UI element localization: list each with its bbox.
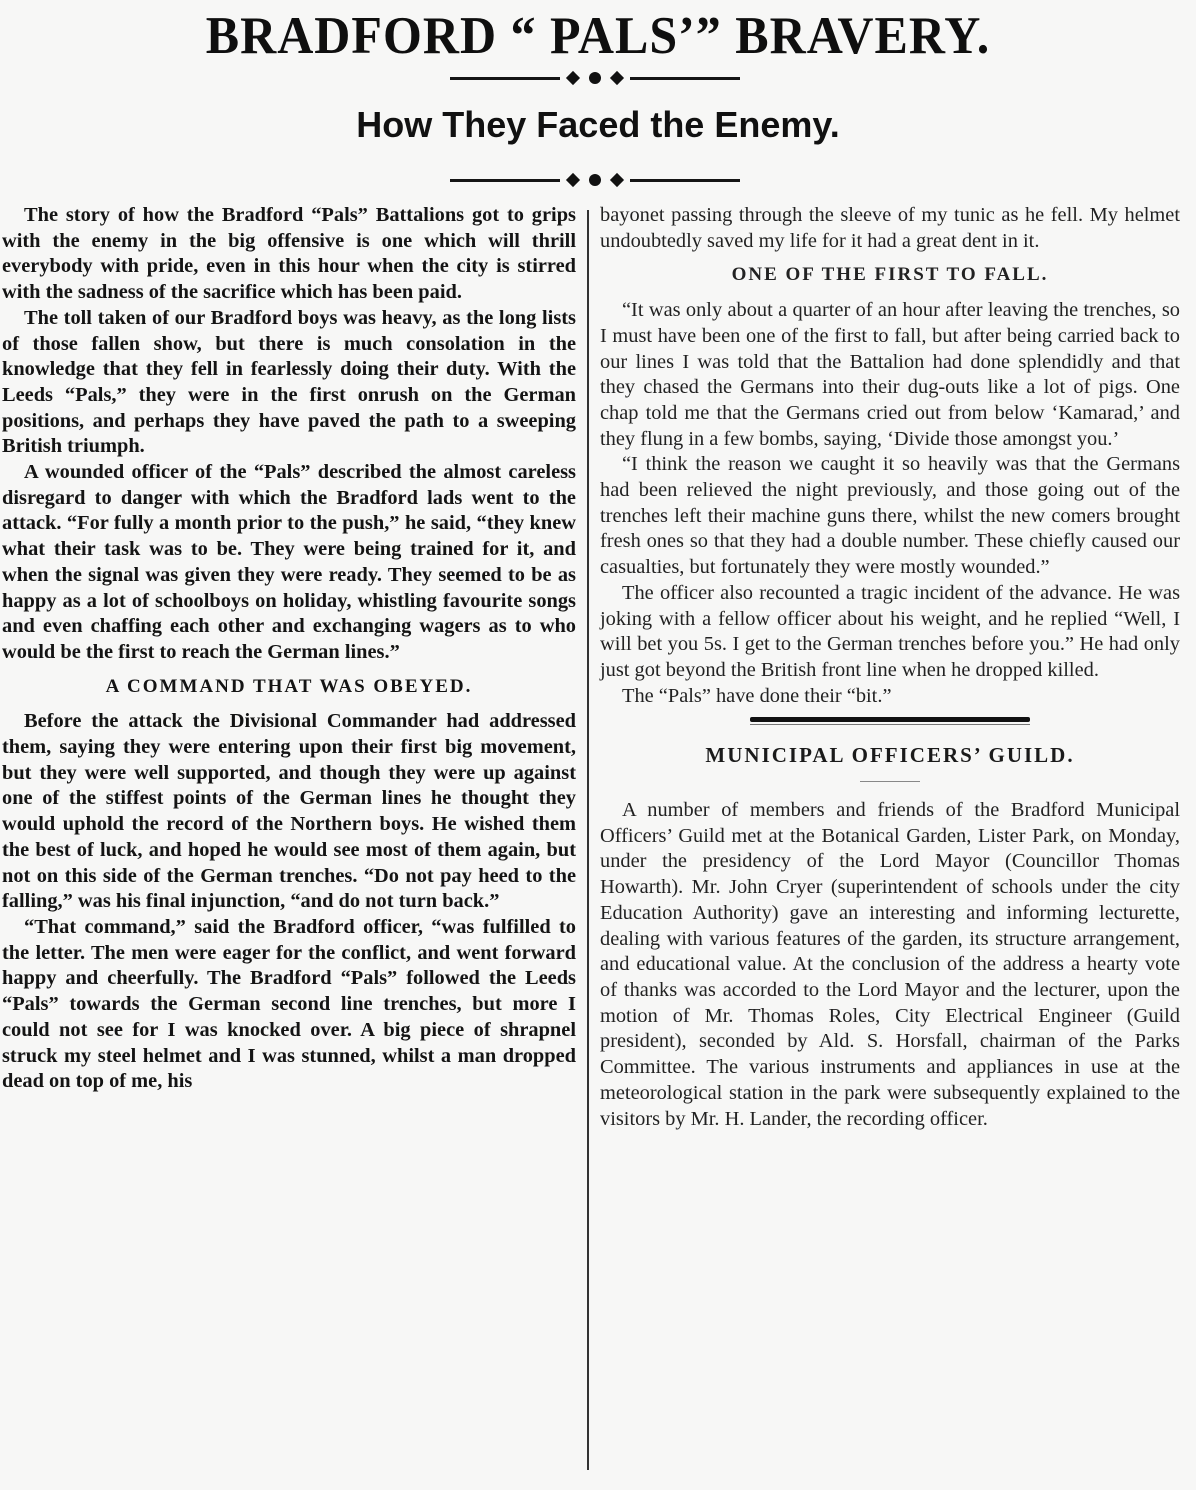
article-divider	[750, 717, 1030, 722]
dot-ornament-icon	[589, 174, 601, 186]
paragraph: “It was only about a quarter of an hour …	[600, 298, 1180, 452]
subheadline: How They Faced the Enemy.	[0, 104, 1196, 146]
rule-line	[630, 77, 740, 80]
diamond-ornament-icon	[566, 71, 580, 85]
paragraph: “I think the reason we caught it so heav…	[600, 452, 1180, 581]
paragraph: The toll taken of our Bradford boys was …	[2, 306, 576, 460]
paragraph: The “Pals” have done their “bit.”	[600, 684, 1180, 710]
ornament-rule-top	[450, 72, 740, 84]
rule-line	[630, 179, 740, 182]
column-divider	[587, 210, 589, 1470]
ornament-rule-bottom	[450, 174, 740, 186]
newspaper-clipping: BRADFORD “ PALS’” BRAVERY. How They Face…	[0, 0, 1196, 1490]
rule-line	[450, 179, 560, 182]
dot-ornament-icon	[589, 72, 601, 84]
rule-line	[450, 77, 560, 80]
left-column: The story of how the Bradford “Pals” Bat…	[2, 203, 576, 1095]
section-heading: A COMMAND THAT WAS OBEYED.	[2, 674, 576, 700]
paragraph: A wounded officer of the “Pals” describe…	[2, 460, 576, 666]
paragraph-continuation: bayonet passing through the sleeve of my…	[600, 203, 1180, 254]
second-article-headline: MUNICIPAL OFFICERS’ GUILD.	[600, 743, 1180, 769]
headline: BRADFORD “ PALS’” BRAVERY.	[0, 5, 1196, 66]
short-rule	[860, 781, 920, 782]
paragraph: The story of how the Bradford “Pals” Bat…	[2, 203, 576, 306]
paragraph: The officer also recounted a tragic inci…	[600, 581, 1180, 684]
paragraph: Before the attack the Divisional Command…	[2, 709, 576, 915]
section-heading: ONE OF THE FIRST TO FALL.	[600, 262, 1180, 288]
paragraph: “That command,” said the Bradford office…	[2, 915, 576, 1095]
diamond-ornament-icon	[566, 173, 580, 187]
right-column: bayonet passing through the sleeve of my…	[600, 203, 1180, 1132]
diamond-ornament-icon	[610, 173, 624, 187]
article-divider-thin	[750, 724, 1030, 725]
diamond-ornament-icon	[610, 71, 624, 85]
paragraph: A number of members and friends of the B…	[600, 798, 1180, 1132]
